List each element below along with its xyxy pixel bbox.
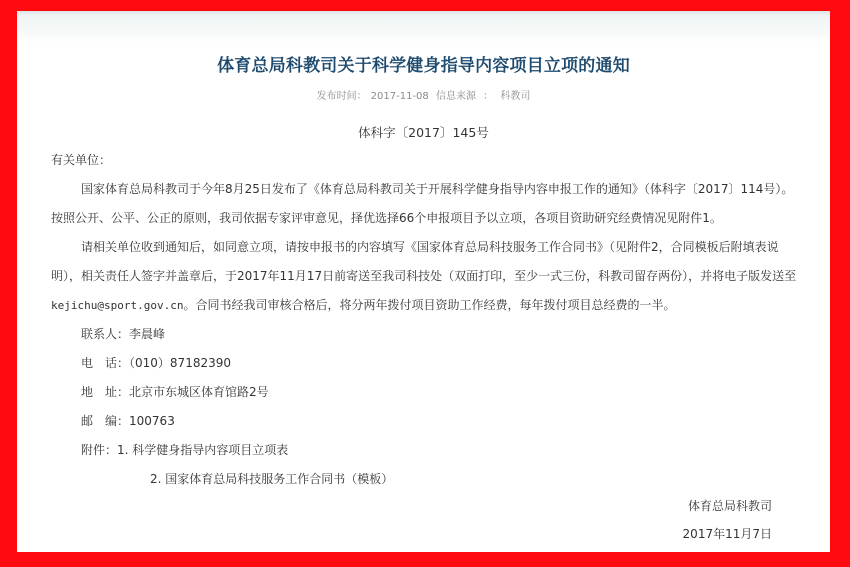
attachment-2: 2. 国家体育总局科技服务工作合同书（模板） (150, 472, 393, 486)
contact-person-value: 李晨峰 (129, 327, 165, 341)
paragraph1-line2: 按照公开、公平、公正的原则，我司依据专家评审意见，择优选择66个申报项目予以立项… (51, 211, 722, 225)
contact-postcode-value: 100763 (129, 414, 175, 428)
paragraph1-line1: 国家体育总局科教司于今年8月25日发布了《体育总局科教司关于开展科学健身指导内容… (81, 182, 793, 196)
paragraph2-line2: 明），相关责任人签字并盖章后，于2017年11月17日前寄送至我司科技处（双面打… (51, 269, 796, 283)
publish-label: 发布时间： (317, 91, 367, 102)
page-title: 体育总局科教司关于科学健身指导内容项目立项的通知 (17, 51, 830, 76)
contact-address-value: 北京市东城区体育馆路2号 (129, 385, 269, 399)
publish-date: 2017-11-08 (371, 91, 429, 102)
contact-person-label: 联系人： (81, 327, 129, 341)
salutation: 有关单位： (51, 153, 111, 167)
signoff-date: 2017年11月7日 (683, 525, 772, 542)
document-number: 体科字〔2017〕145号 (17, 123, 830, 141)
attachment-item[interactable]: 1. 科学健身指导内容项目立项表 (117, 443, 288, 457)
attachment-1: 附件：1. 科学健身指导内容项目立项表 (81, 443, 288, 457)
source-value: 科教司 (500, 91, 530, 102)
header-band (17, 11, 830, 43)
email-link[interactable]: kejichu@sport.gov.cn (51, 299, 183, 312)
attachment-item[interactable]: 2. 国家体育总局科技服务工作合同书（模板） (150, 472, 393, 486)
contact-person: 联系人：李晨峰 (81, 327, 165, 341)
contact-phone-value: （010）87182390 (129, 356, 231, 370)
contact-address: 地 址：北京市东城区体育馆路2号 (81, 385, 269, 399)
paragraph2-line1: 请相关单位收到通知后，如同意立项，请按申报书的内容填写《国家体育总局科技服务工作… (81, 240, 779, 254)
contact-phone-label: 电 话： (81, 356, 129, 370)
contact-postcode: 邮 编：100763 (81, 414, 175, 428)
contact-phone: 电 话：（010）87182390 (81, 356, 231, 370)
signoff-organization: 体育总局科教司 (688, 497, 772, 514)
paragraph2-line3: kejichu@sport.gov.cn。合同书经我司审核合格后，将分两年拨付项… (51, 298, 675, 313)
article-meta: 发布时间：2017-11-08 信息来源 ： 科教司 (17, 87, 830, 102)
contact-postcode-label: 邮 编： (81, 414, 129, 428)
attachments-label: 附件： (81, 443, 117, 457)
contact-address-label: 地 址： (81, 385, 129, 399)
red-border-frame: 体育总局科教司关于科学健身指导内容项目立项的通知 发布时间：2017-11-08… (0, 0, 850, 567)
paragraph2-line3-rest: 。合同书经我司审核合格后，将分两年拨付项目资助工作经费，每年拨付项目总经费的一半… (183, 298, 675, 312)
source-separator: ： (483, 91, 493, 102)
source-label: 信息来源 (436, 91, 476, 102)
document-page: 体育总局科教司关于科学健身指导内容项目立项的通知 发布时间：2017-11-08… (17, 11, 830, 552)
